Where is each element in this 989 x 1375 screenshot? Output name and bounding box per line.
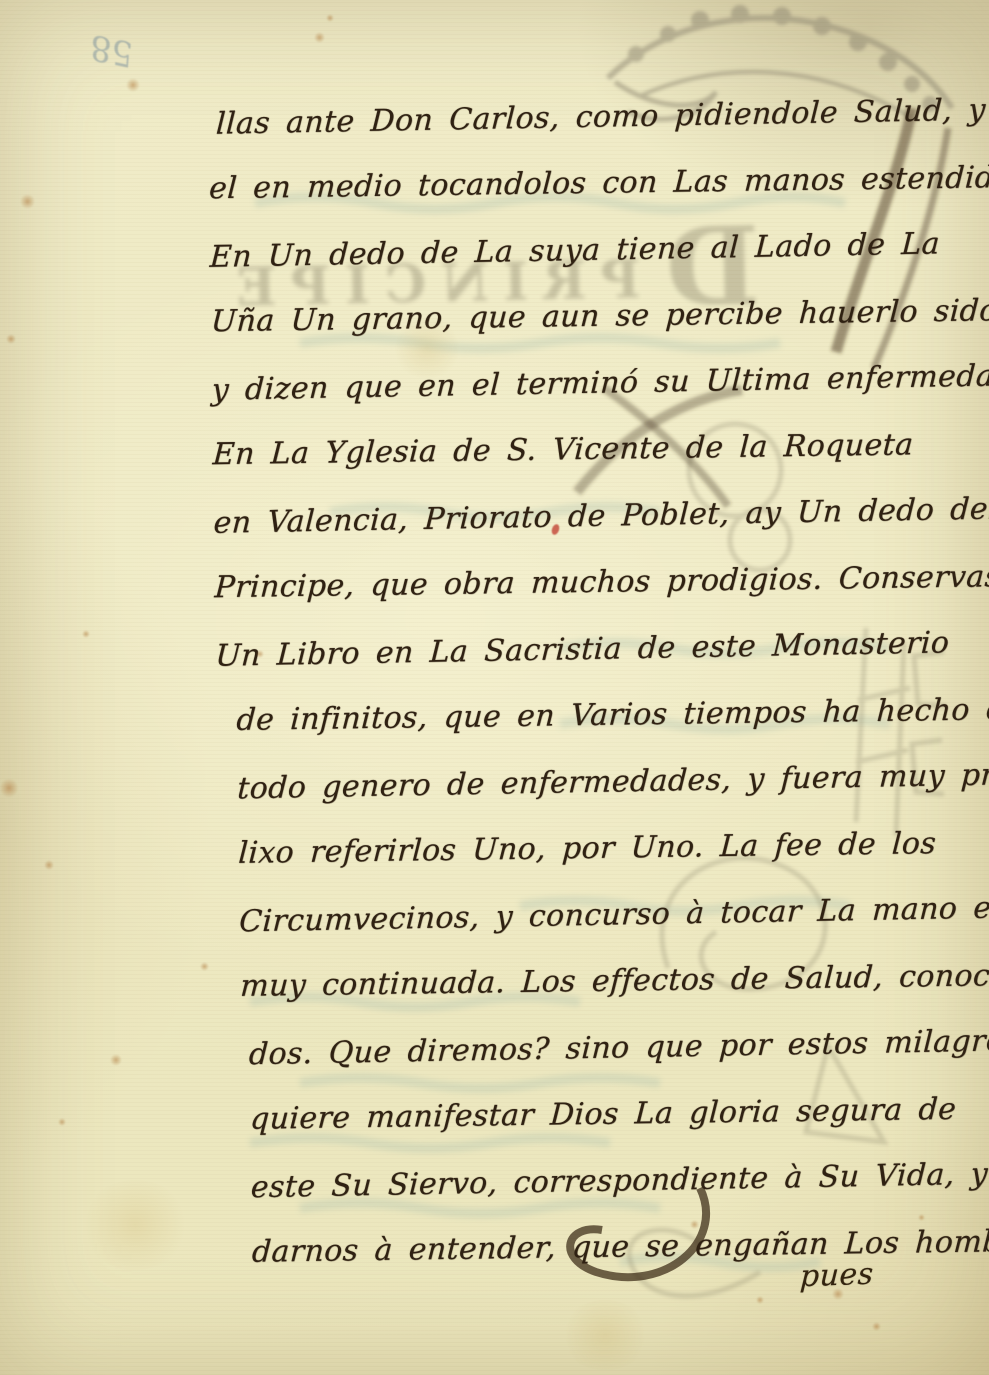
text-line: Principe, que obra muchos prodigios. Con…	[213, 544, 959, 621]
text-line: lixo referirlos Uno, por Uno. La fee de …	[216, 810, 962, 887]
text-line: de infinitos, que en Varios tiempos ha h…	[215, 677, 961, 754]
fox-spot	[82, 630, 90, 638]
folio-number: 58	[89, 25, 134, 74]
text-line: y dizen que en el terminó su Ultima enfe…	[210, 344, 956, 424]
fox-spot	[44, 860, 54, 870]
text-line: Uña Un grano, que aun se percibe hauerlo…	[209, 278, 955, 355]
manuscript-page: D PRINCIPE 58 llas ante Don Carlos, como…	[0, 0, 989, 1375]
text-line: este Su Siervo, correspondiente à Su Vid…	[221, 1142, 967, 1222]
fox-spot	[6, 334, 16, 344]
fox-spot	[314, 32, 325, 43]
text-line: En La Yglesia de S. Vicente de la Roquet…	[211, 411, 957, 488]
text-line: en Valencia, Priorato de Poblet, ay Un d…	[212, 477, 958, 557]
fox-spot	[326, 14, 334, 22]
fox-spot	[200, 962, 209, 971]
paper-stain	[560, 1300, 650, 1370]
fox-spot	[110, 1054, 122, 1066]
fox-spot	[20, 194, 35, 209]
text-line: el en medio tocandolos con Las manos est…	[207, 145, 953, 222]
fox-spot	[756, 1296, 764, 1304]
catchword: pues	[799, 1257, 874, 1295]
text-line: Circumvecinos, y concurso à tocar La man…	[217, 876, 963, 956]
text-line: todo genero de enfermedades, y fuera muy…	[216, 743, 962, 823]
fox-spot	[0, 778, 18, 798]
text-line: En Un dedo de La suya tiene al Lado de L…	[208, 211, 954, 291]
fox-spot	[872, 1322, 881, 1331]
paper-stain	[80, 1180, 190, 1270]
handwritten-text: llas ante Don Carlos, como pidiendole Sa…	[208, 79, 967, 1286]
text-line: dos. Que diremos? sino que por estos mil…	[219, 1009, 965, 1089]
fox-spot	[58, 1118, 66, 1126]
text-line: muy continuada. Los effectos de Salud, c…	[218, 943, 964, 1020]
text-line: Un Libro en La Sacristia de este Monaste…	[214, 610, 960, 690]
text-line: llas ante Don Carlos, como pidiendole Sa…	[206, 78, 952, 158]
fox-spot	[126, 78, 140, 92]
text-line: quiere manifestar Dios La gloria segura …	[220, 1076, 966, 1153]
